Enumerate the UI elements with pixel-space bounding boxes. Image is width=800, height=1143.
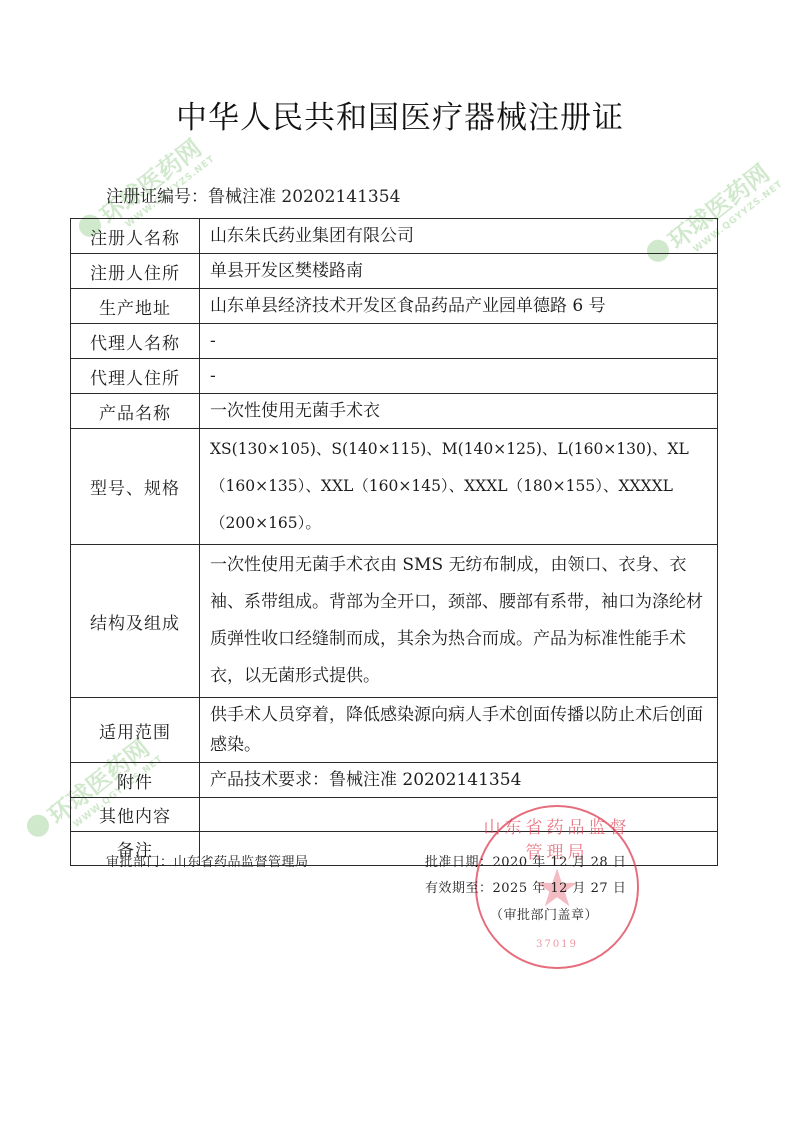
table-row: 代理人名称 - — [71, 324, 718, 359]
row-label: 型号、规格 — [71, 429, 200, 545]
table-row: 型号、规格 XS(130×105)、S(140×115)、M(140×125)、… — [71, 429, 718, 545]
approval-date: 批准日期：2020 年 12 月 28 日 — [425, 851, 626, 870]
page-title: 中华人民共和国医疗器械注册证 — [0, 92, 800, 137]
row-value: XS(130×105)、S(140×115)、M(140×125)、L(160×… — [200, 429, 718, 545]
row-value: 产品技术要求：鲁械注准 20202141354 — [200, 763, 718, 798]
seal-number: 37019 — [477, 939, 637, 950]
certificate-table: 注册人名称 山东朱氏药业集团有限公司 注册人住所 单县开发区樊楼路南 生产地址 … — [70, 218, 718, 866]
registration-number-label: 注册证编号： — [106, 187, 208, 207]
table-row: 注册人住所 单县开发区樊楼路南 — [71, 254, 718, 289]
row-value: - — [200, 324, 718, 359]
registration-number: 注册证编号：鲁械注准 20202141354 — [106, 182, 400, 207]
row-label: 其他内容 — [71, 798, 200, 832]
row-label: 代理人名称 — [71, 324, 200, 359]
row-label: 生产地址 — [71, 289, 200, 324]
row-value: 一次性使用无菌手术衣由 SMS 无纺布制成，由领口、衣身、衣袖、系带组成。背部为… — [200, 545, 718, 698]
table-row: 附件 产品技术要求：鲁械注准 20202141354 — [71, 763, 718, 798]
valid-until: 有效期至：2025 年 12 月 27 日 — [425, 877, 626, 896]
table-row: 注册人名称 山东朱氏药业集团有限公司 — [71, 219, 718, 254]
table-row: 结构及组成 一次性使用无菌手术衣由 SMS 无纺布制成，由领口、衣身、衣袖、系带… — [71, 545, 718, 698]
table-row: 产品名称 一次性使用无菌手术衣 — [71, 394, 718, 429]
row-value: 供手术人员穿着，降低感染源向病人手术创面传播以防止术后创面感染。 — [200, 698, 718, 763]
row-value: 单县开发区樊楼路南 — [200, 254, 718, 289]
row-value: - — [200, 359, 718, 394]
row-label: 结构及组成 — [71, 545, 200, 698]
approval-department: 审批部门：山东省药品监督管理局 — [106, 851, 309, 870]
row-label: 代理人住所 — [71, 359, 200, 394]
table-row: 代理人住所 - — [71, 359, 718, 394]
row-label: 附件 — [71, 763, 200, 798]
table-row: 适用范围 供手术人员穿着，降低感染源向病人手术创面传播以防止术后创面感染。 — [71, 698, 718, 763]
row-label: 适用范围 — [71, 698, 200, 763]
row-label: 注册人住所 — [71, 254, 200, 289]
table-row: 生产地址 山东单县经济技术开发区食品药品产业园单德路 6 号 — [71, 289, 718, 324]
stamp-note: （审批部门盖章） — [490, 904, 598, 923]
row-value: 山东朱氏药业集团有限公司 — [200, 219, 718, 254]
row-label: 注册人名称 — [71, 219, 200, 254]
row-label: 产品名称 — [71, 394, 200, 429]
row-value: 山东单县经济技术开发区食品药品产业园单德路 6 号 — [200, 289, 718, 324]
row-value — [200, 798, 718, 832]
registration-number-value: 鲁械注准 20202141354 — [208, 187, 400, 207]
row-value: 一次性使用无菌手术衣 — [200, 394, 718, 429]
